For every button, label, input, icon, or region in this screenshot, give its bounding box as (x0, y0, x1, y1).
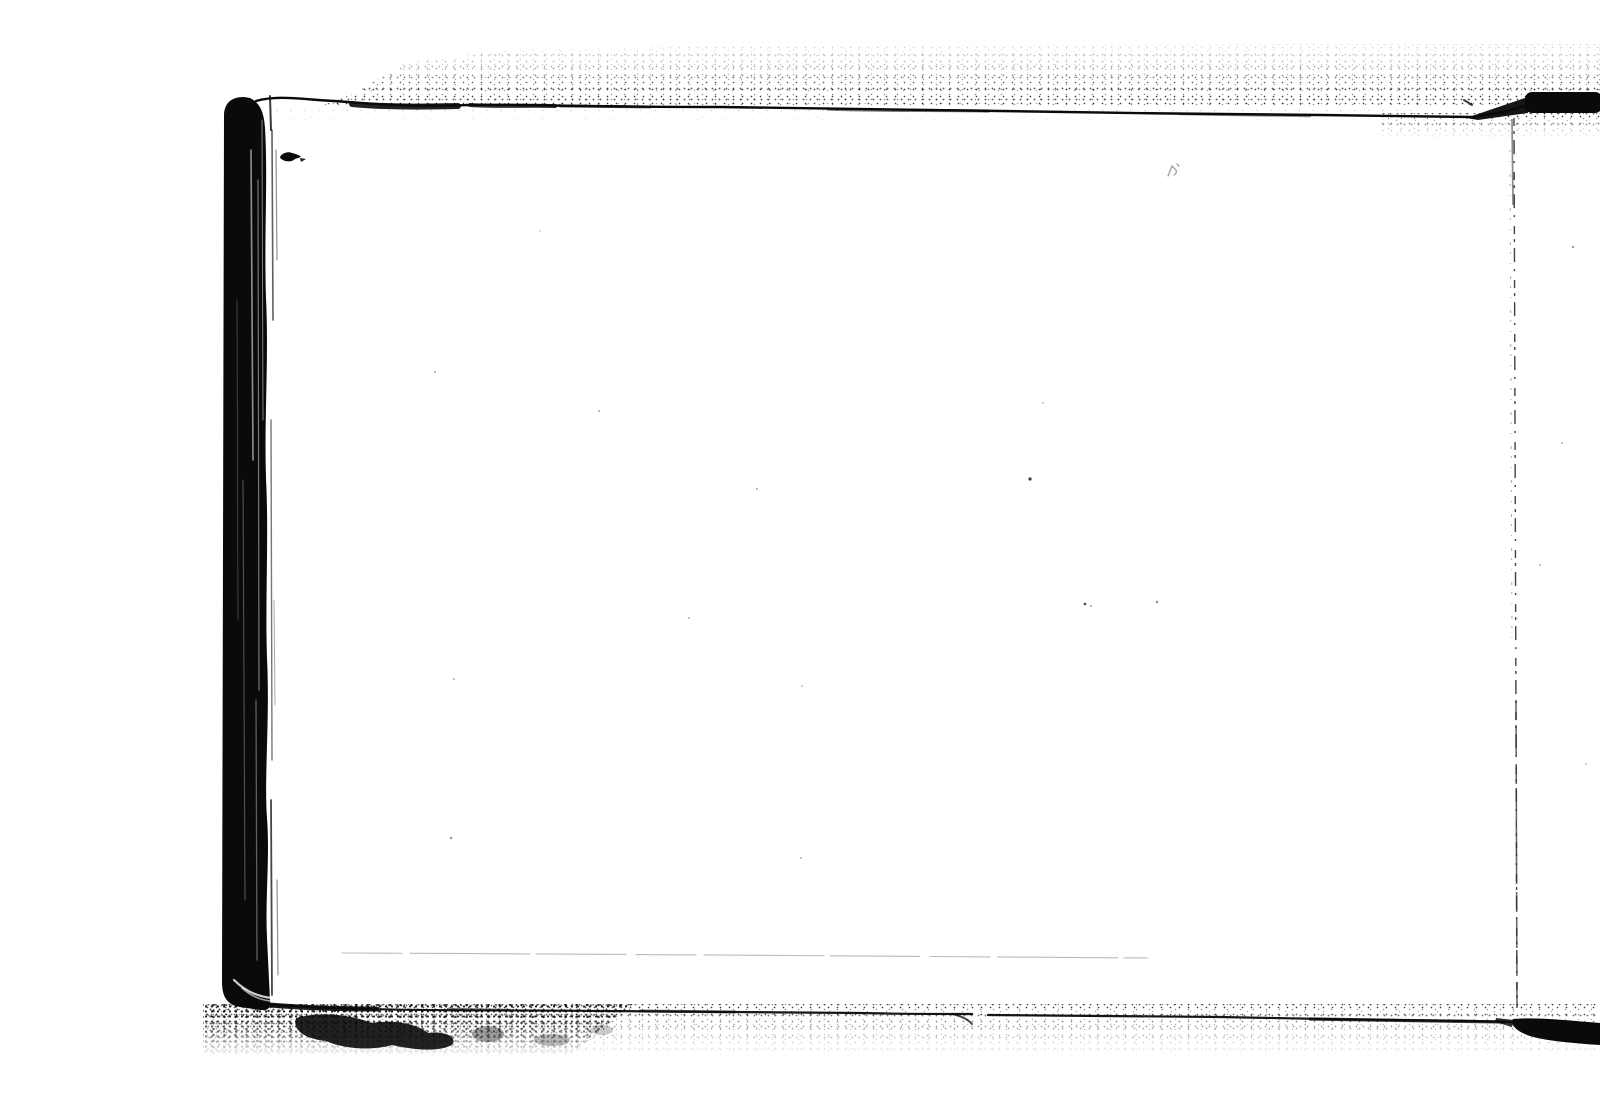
scan-artifacts-layer (0, 0, 1600, 1115)
ink-smudge-blob (295, 1014, 453, 1049)
top-border-blotch-4 (828, 109, 988, 111)
top-border-blotch-3 (560, 106, 650, 107)
bottom-border-blotch-3 (1310, 1019, 1505, 1022)
bottom-border-blotch-4 (448, 1009, 510, 1010)
ink-smudge-halo-1 (472, 1026, 504, 1042)
ink-fill-group (222, 92, 1600, 1050)
spine-ragged-streaks (270, 96, 278, 995)
bottom-border-blotch-2 (640, 1011, 735, 1012)
page-gutter-drip (1512, 119, 1513, 205)
ink-blot-mark (280, 152, 301, 161)
top-border-blotch-2 (470, 105, 555, 106)
scanned-blank-page (0, 0, 1600, 1115)
dust-specks (434, 230, 1587, 859)
adjacent-page-edge-top (1525, 92, 1600, 113)
ink-smudge-halo-2 (534, 1034, 570, 1046)
pencil-scribble-mark (1168, 164, 1179, 176)
faint-artifacts-group (342, 164, 1179, 958)
top-border-tick (1464, 100, 1472, 105)
ink-blot-tail (300, 158, 306, 162)
page-gutter-line-secondary (1510, 150, 1512, 640)
adjacent-page-edge-bottom (1512, 1018, 1600, 1045)
bottom-border-hook (952, 1014, 972, 1024)
crease-line (342, 953, 1148, 958)
gutter-group (1510, 118, 1517, 1008)
ink-stroke-group (248, 96, 1528, 1024)
bottom-border-blotch-1 (258, 1004, 376, 1009)
book-spine (222, 97, 270, 1010)
ink-smudge-halo-3 (591, 1025, 613, 1035)
top-border-blotch-1 (352, 104, 458, 107)
